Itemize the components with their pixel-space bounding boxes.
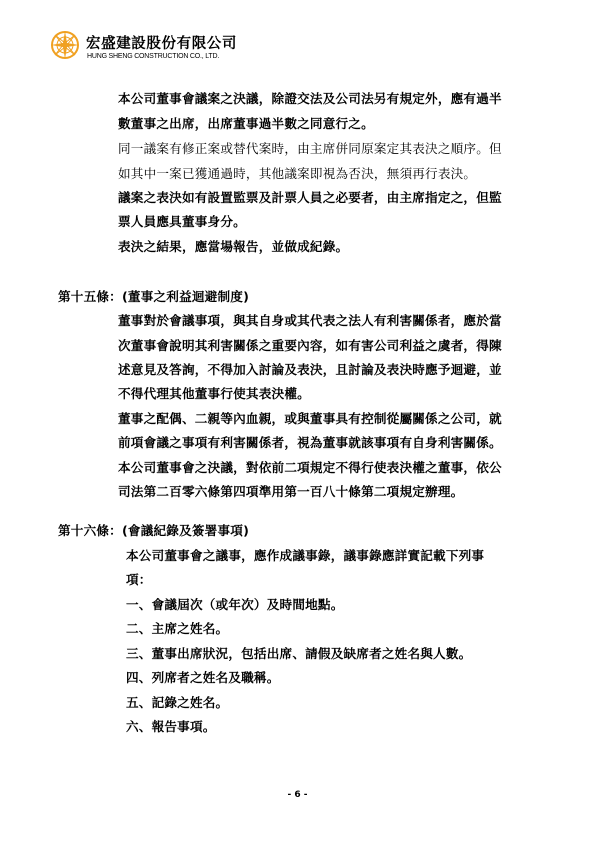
list-item: 六、報告事項。: [126, 719, 216, 734]
list-item: 二、主席之姓名。: [126, 621, 228, 636]
paragraph-line: 述意見及答詢，不得加入討論及表決，且討論及表決時應予迴避，並: [118, 362, 502, 377]
paragraph-line: 本公司董事會議案之決議，除證交法及公司法另有規定外，應有過半: [118, 91, 502, 106]
company-name-en: HUNG SHENG CONSTRUCTION CO., LTD.: [87, 53, 219, 60]
company-name-zh: 宏盛建設股份有限公司: [86, 32, 237, 53]
list-item: 五、記錄之姓名。: [126, 695, 228, 710]
list-item: 四、列席者之姓名及職稱。: [126, 670, 280, 685]
paragraph-line: 本公司董事會之決議，對依前二項規定不得行使表決權之董事，依公: [118, 460, 502, 475]
paragraph-line: 項：: [126, 572, 152, 587]
paragraph-line: 董事之配偶、二親等內血親，或與董事具有控制從屬關係之公司，就: [118, 411, 502, 426]
paragraph-line: 票人員應具董事身分。: [118, 214, 246, 229]
paragraph-line: 同一議案有修正案或替代案時，由主席併同原案定其表決之順序。但: [118, 141, 502, 156]
paragraph-line: 不得代理其他董事行使其表決權。: [118, 386, 310, 401]
page-number: - 6 -: [0, 790, 595, 800]
paragraph-line: 次董事會說明其利害關係之重要內容，如有害公司利益之虞者，得陳: [118, 338, 502, 353]
paragraph-line: 數董事之出席，出席董事過半數之同意行之。: [118, 116, 374, 131]
paragraph-line: 董事對於會議事項，與其自身或其代表之法人有利害關係者，應於當: [118, 313, 502, 328]
paragraph-line: 如其中一案已獲通過時，其他議案即視為否決，無須再行表決。: [118, 166, 476, 181]
list-item: 一、會議屆次（或年次）及時間地點。: [126, 597, 344, 612]
paragraph-line: 司法第二百零六條第四項準用第一百八十條第二項規定辦理。: [118, 484, 463, 499]
paragraph-line: 本公司董事會之議事，應作成議事錄，議事錄應詳實記載下列事: [126, 548, 484, 563]
article-heading: 第十六條：(會議紀錄及簽署事項): [58, 523, 249, 538]
paragraph-line: 表決之結果，應當場報告，並做成紀錄。: [118, 239, 348, 254]
paragraph-line: 議案之表決如有設置監票及計票人員之必要者，由主席指定之，但監: [118, 190, 502, 205]
list-item: 三、董事出席狀況，包括出席、請假及缺席者之姓名與人數。: [126, 646, 471, 661]
paragraph-line: 前項會議之事項有利害關係者，視為董事就該事項有自身利害關係。: [118, 435, 502, 450]
company-logo-icon: [50, 30, 80, 60]
article-heading: 第十五條：(董事之利益迴避制度): [58, 289, 249, 304]
